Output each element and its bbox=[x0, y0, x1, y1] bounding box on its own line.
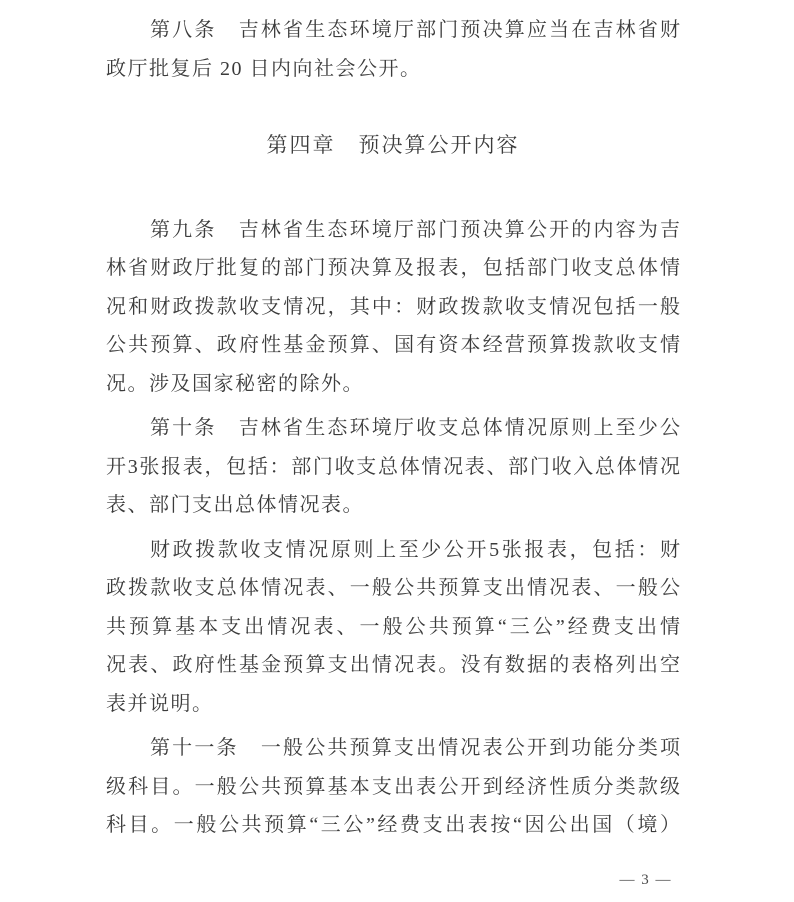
paragraph-fiscal-appropriation: 财政拨款收支情况原则上至少公开5张报表，包括：财 政拨款收支总体情况表、一般公共… bbox=[106, 531, 680, 724]
chapter-heading: 第四章 预决算公开内容 bbox=[106, 126, 680, 165]
text-line: 政厅批复后 20 日内向社会公开。 bbox=[106, 50, 680, 89]
paragraph-article-8: 第八条 吉林省生态环境厅部门预决算应当在吉林省财 政厅批复后 20 日内向社会公… bbox=[106, 11, 680, 88]
text-line: 第九条 吉林省生态环境厅部门预决算公开的内容为吉 bbox=[106, 211, 680, 250]
text-line: 第八条 吉林省生态环境厅部门预决算应当在吉林省财 bbox=[106, 11, 680, 50]
paragraph-article-10: 第十条 吉林省生态环境厅收支总体情况原则上至少公 开3张报表，包括：部门收支总体… bbox=[106, 409, 680, 525]
text-line: 况表、政府性基金预算支出情况表。没有数据的表格列出空 bbox=[106, 646, 680, 685]
text-line: 表、部门支出总体情况表。 bbox=[106, 486, 680, 525]
text-line: 级科目。一般公共预算基本支出表公开到经济性质分类款级 bbox=[106, 768, 680, 807]
paragraph-article-11: 第十一条 一般公共预算支出情况表公开到功能分类项 级科目。一般公共预算基本支出表… bbox=[106, 729, 680, 845]
text-line: 况。涉及国家秘密的除外。 bbox=[106, 365, 680, 404]
text-line: 财政拨款收支情况原则上至少公开5张报表，包括：财 bbox=[106, 531, 680, 570]
text-line: 林省财政厅批复的部门预决算及报表，包括部门收支总体情 bbox=[106, 249, 680, 288]
text-line: 表并说明。 bbox=[106, 685, 680, 724]
document-page: 第八条 吉林省生态环境厅部门预决算应当在吉林省财 政厅批复后 20 日内向社会公… bbox=[0, 0, 794, 902]
text-line: 况和财政拨款收支情况，其中：财政拨款收支情况包括一般 bbox=[106, 288, 680, 327]
page-number: — 3 — bbox=[620, 872, 673, 889]
text-line: 共预算基本支出情况表、一般公共预算“三公”经费支出情 bbox=[106, 608, 680, 647]
text-line: 公共预算、政府性基金预算、国有资本经营预算拨款收支情 bbox=[106, 326, 680, 365]
text-line: 开3张报表，包括：部门收支总体情况表、部门收入总体情况 bbox=[106, 448, 680, 487]
text-line: 政拨款收支总体情况表、一般公共预算支出情况表、一般公 bbox=[106, 569, 680, 608]
paragraph-article-9: 第九条 吉林省生态环境厅部门预决算公开的内容为吉 林省财政厅批复的部门预决算及报… bbox=[106, 211, 680, 404]
text-line: 第十一条 一般公共预算支出情况表公开到功能分类项 bbox=[106, 729, 680, 768]
document-content: 第八条 吉林省生态环境厅部门预决算应当在吉林省财 政厅批复后 20 日内向社会公… bbox=[106, 11, 680, 845]
text-line: 第十条 吉林省生态环境厅收支总体情况原则上至少公 bbox=[106, 409, 680, 448]
text-line: 科目。一般公共预算“三公”经费支出表按“因公出国（境） bbox=[106, 806, 680, 845]
